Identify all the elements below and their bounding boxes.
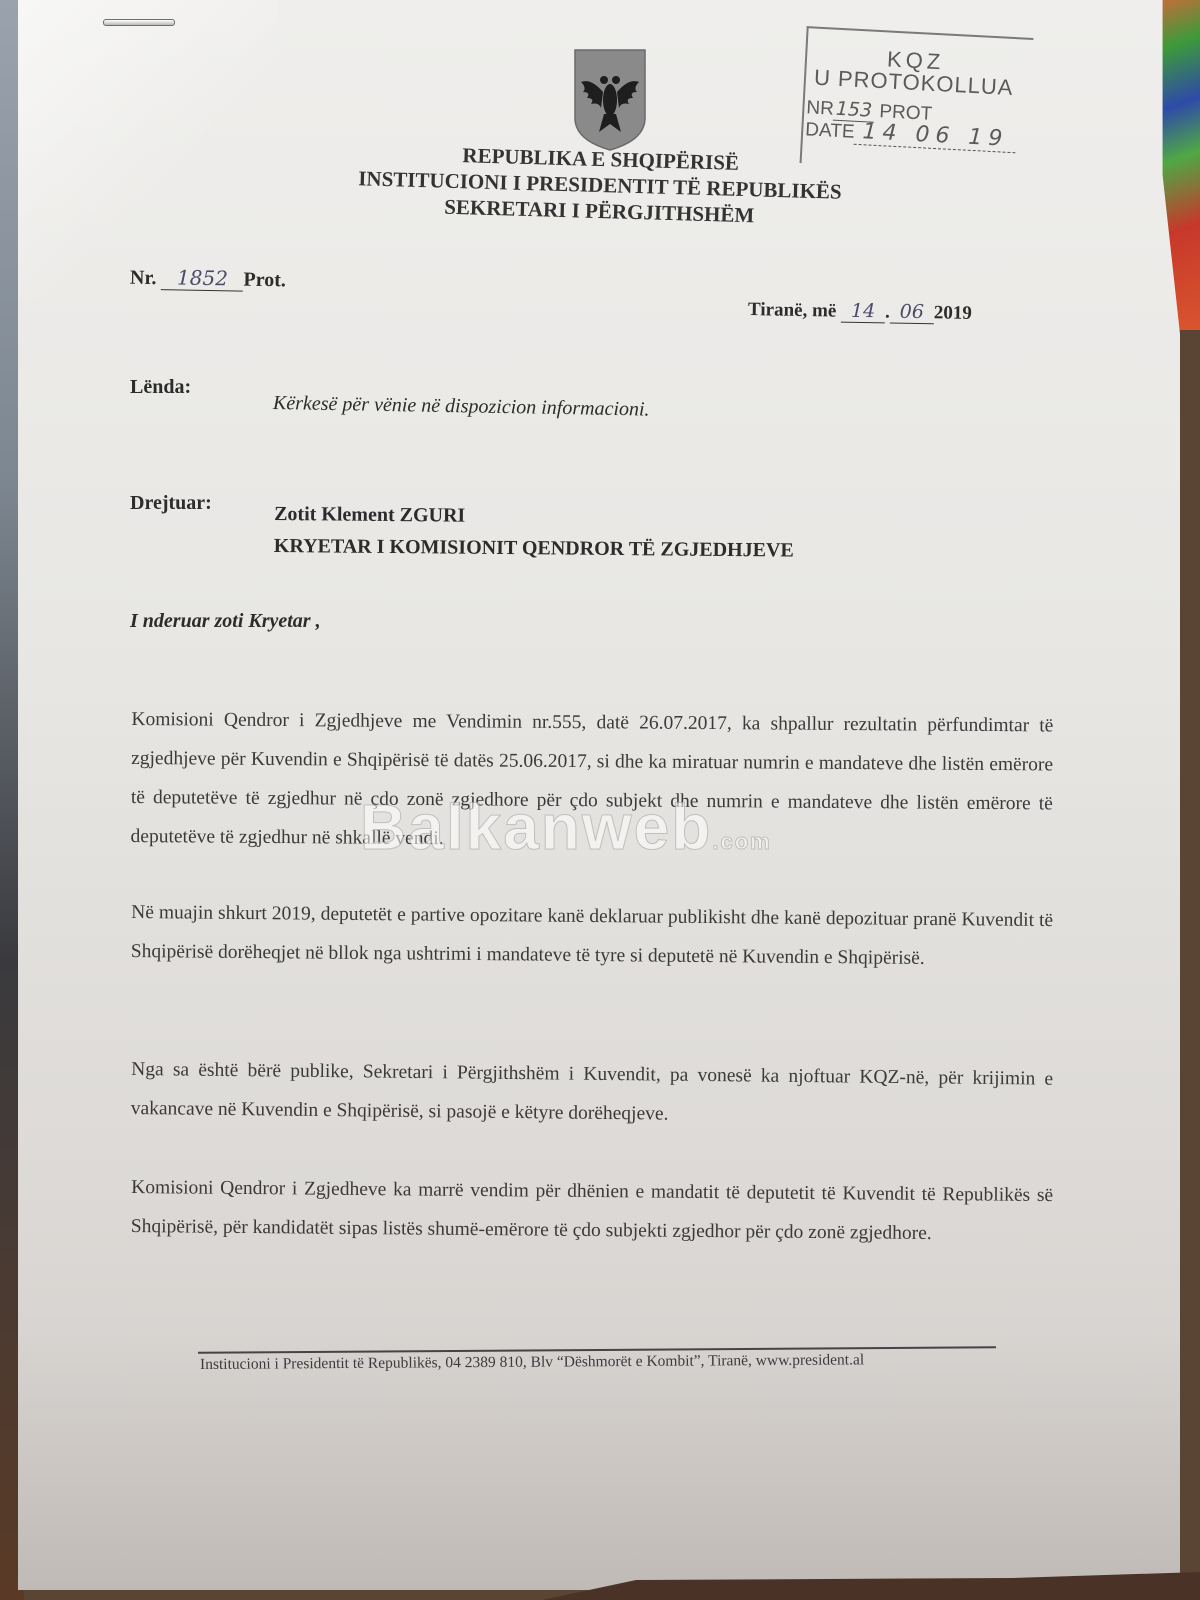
footer-contact: Institucioni i Presidentit të Republikës… [200, 1351, 864, 1374]
body-paragraph: Komisioni Qendror i Zgjedheve ka marrë v… [131, 1168, 1054, 1254]
recipient-title: KRYETAR I KOMISIONIT QENDROR TË ZGJEDHJE… [274, 530, 794, 567]
subject-label: Lënda: [130, 376, 191, 399]
salutation: I nderuar zoti Kryetar , [130, 610, 321, 633]
date-day: 14 [841, 300, 885, 324]
stamp-date-line: DATE14 06 19 [805, 116, 1017, 152]
protocol-nr-value: 1852 [161, 265, 243, 291]
stamp-date-label: DATE [805, 119, 855, 143]
recipient-block: Zotit Klement ZGURI KRYETAR I KOMISIONIT… [274, 498, 794, 567]
letterhead: REPUBLIKA E SHQIPËRISË INSTITUCIONI I PR… [299, 138, 901, 233]
stamp-date-value: 14 06 19 [854, 119, 1017, 153]
recipient-label: Drejtuar: [130, 492, 212, 515]
letter-document: KQZ U PROTOKOLLUA NR153 PROT DATE14 06 1… [0, 0, 1200, 1600]
subject-text: Kërkesë për vënie në dispozicion informa… [273, 392, 650, 422]
protocol-prot-label: Prot. [243, 269, 286, 292]
body-paragraph: Nga sa është bërë publike, Sekretari i P… [131, 1050, 1054, 1138]
date-year: 2019 [934, 302, 972, 324]
protocol-nr-label: Nr. [130, 267, 157, 289]
letter-date: Tiranë, më 14.062019 [748, 298, 972, 325]
albanian-coat-of-arms-icon [573, 48, 647, 152]
protocol-number: Nr. 1852Prot. [130, 265, 286, 293]
recipient-name: Zotit Klement ZGURI [274, 498, 794, 535]
stamp-status: U PROTOKOLLUA [813, 65, 1014, 101]
body-paragraph: Në muajin shkurt 2019, deputetët e parti… [131, 893, 1054, 979]
date-month: 06 [890, 301, 934, 325]
body-paragraph: Komisioni Qendror i Zgjedhjeve me Vendim… [130, 700, 1053, 862]
date-prefix: Tiranë, më [748, 299, 837, 322]
